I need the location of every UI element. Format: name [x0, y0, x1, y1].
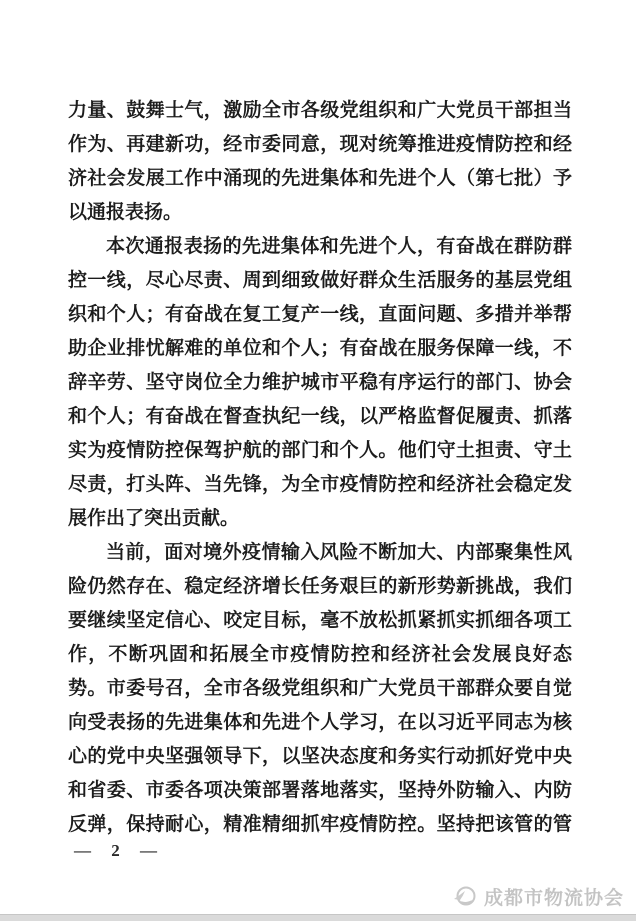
- document-line: 本次通报表扬的先进集体和先进个人，有奋战在群防群: [68, 230, 572, 264]
- footer-watermark: 成都市物流协会: [452, 883, 624, 910]
- document-line: 要继续坚定信心、咬定目标，毫不放松抓紧抓实抓细各项工: [68, 604, 572, 638]
- document-page: 力量、鼓舞士气，激励全市各级党组织和广大党员干部担当作为、再建新功，经市委同意，…: [0, 0, 636, 921]
- document-line: 和个人；有奋战在督查执纪一线，以严格监督促履责、抓落: [68, 400, 572, 434]
- document-body: 力量、鼓舞士气，激励全市各级党组织和广大党员干部担当作为、再建新功，经市委同意，…: [68, 94, 572, 842]
- document-line: 心的党中央坚强领导下，以坚决态度和务实行动抓好党中央: [68, 740, 572, 774]
- document-line: 辞辛劳、坚守岗位全力维护城市平稳有序运行的部门、协会: [68, 366, 572, 400]
- document-line: 尽责，打头阵、当先锋，为全市疫情防控和经济社会稳定发: [68, 468, 572, 502]
- document-line: 势。市委号召，全市各级党组织和广大党员干部群众要自觉: [68, 672, 572, 706]
- document-line: 控一线，尽心尽责、周到细致做好群众生活服务的基层党组: [68, 264, 572, 298]
- document-line: 反弹，保持耐心，精准精细抓牢疫情防控。坚持把该管的管: [68, 808, 572, 842]
- page-number: — 2 —: [74, 841, 165, 861]
- document-line: 济社会发展工作中涌现的先进集体和先进个人（第七批）予: [68, 162, 572, 196]
- document-line: 织和个人；有奋战在复工复产一线，直面问题、多措并举帮: [68, 298, 572, 332]
- paragraph: 本次通报表扬的先进集体和先进个人，有奋战在群防群控一线，尽心尽责、周到细致做好群…: [68, 230, 572, 536]
- paragraph: 力量、鼓舞士气，激励全市各级党组织和广大党员干部担当作为、再建新功，经市委同意，…: [68, 94, 572, 230]
- watermark-label: 成都市物流协会: [484, 883, 624, 910]
- paragraph: 当前，面对境外疫情输入风险不断加大、内部聚集性风险仍然存在、稳定经济增长任务艰巨…: [68, 536, 572, 842]
- document-line: 助企业排忧解难的单位和个人；有奋战在服务保障一线，不: [68, 332, 572, 366]
- document-line: 实为疫情防控保驾护航的部门和个人。他们守土担责、守土: [68, 434, 572, 468]
- document-line: 当前，面对境外疫情输入风险不断加大、内部聚集性风: [68, 536, 572, 570]
- document-line: 作为、再建新功，经市委同意，现对统筹推进疫情防控和经: [68, 128, 572, 162]
- association-logo-icon: [452, 883, 479, 910]
- document-line: 和省委、市委各项决策部署落地落实，坚持外防输入、内防: [68, 774, 572, 808]
- document-line: 作，不断巩固和拓展全市疫情防控和经济社会发展良好态: [68, 638, 572, 672]
- document-line: 展作出了突出贡献。: [68, 502, 572, 536]
- document-line: 力量、鼓舞士气，激励全市各级党组织和广大党员干部担当: [68, 94, 572, 128]
- page-bottom-edge: [0, 914, 636, 921]
- document-line: 向受表扬的先进集体和先进个人学习，在以习近平同志为核: [68, 706, 572, 740]
- document-line: 险仍然存在、稳定经济增长任务艰巨的新形势新挑战，我们: [68, 570, 572, 604]
- document-line: 以通报表扬。: [68, 196, 572, 230]
